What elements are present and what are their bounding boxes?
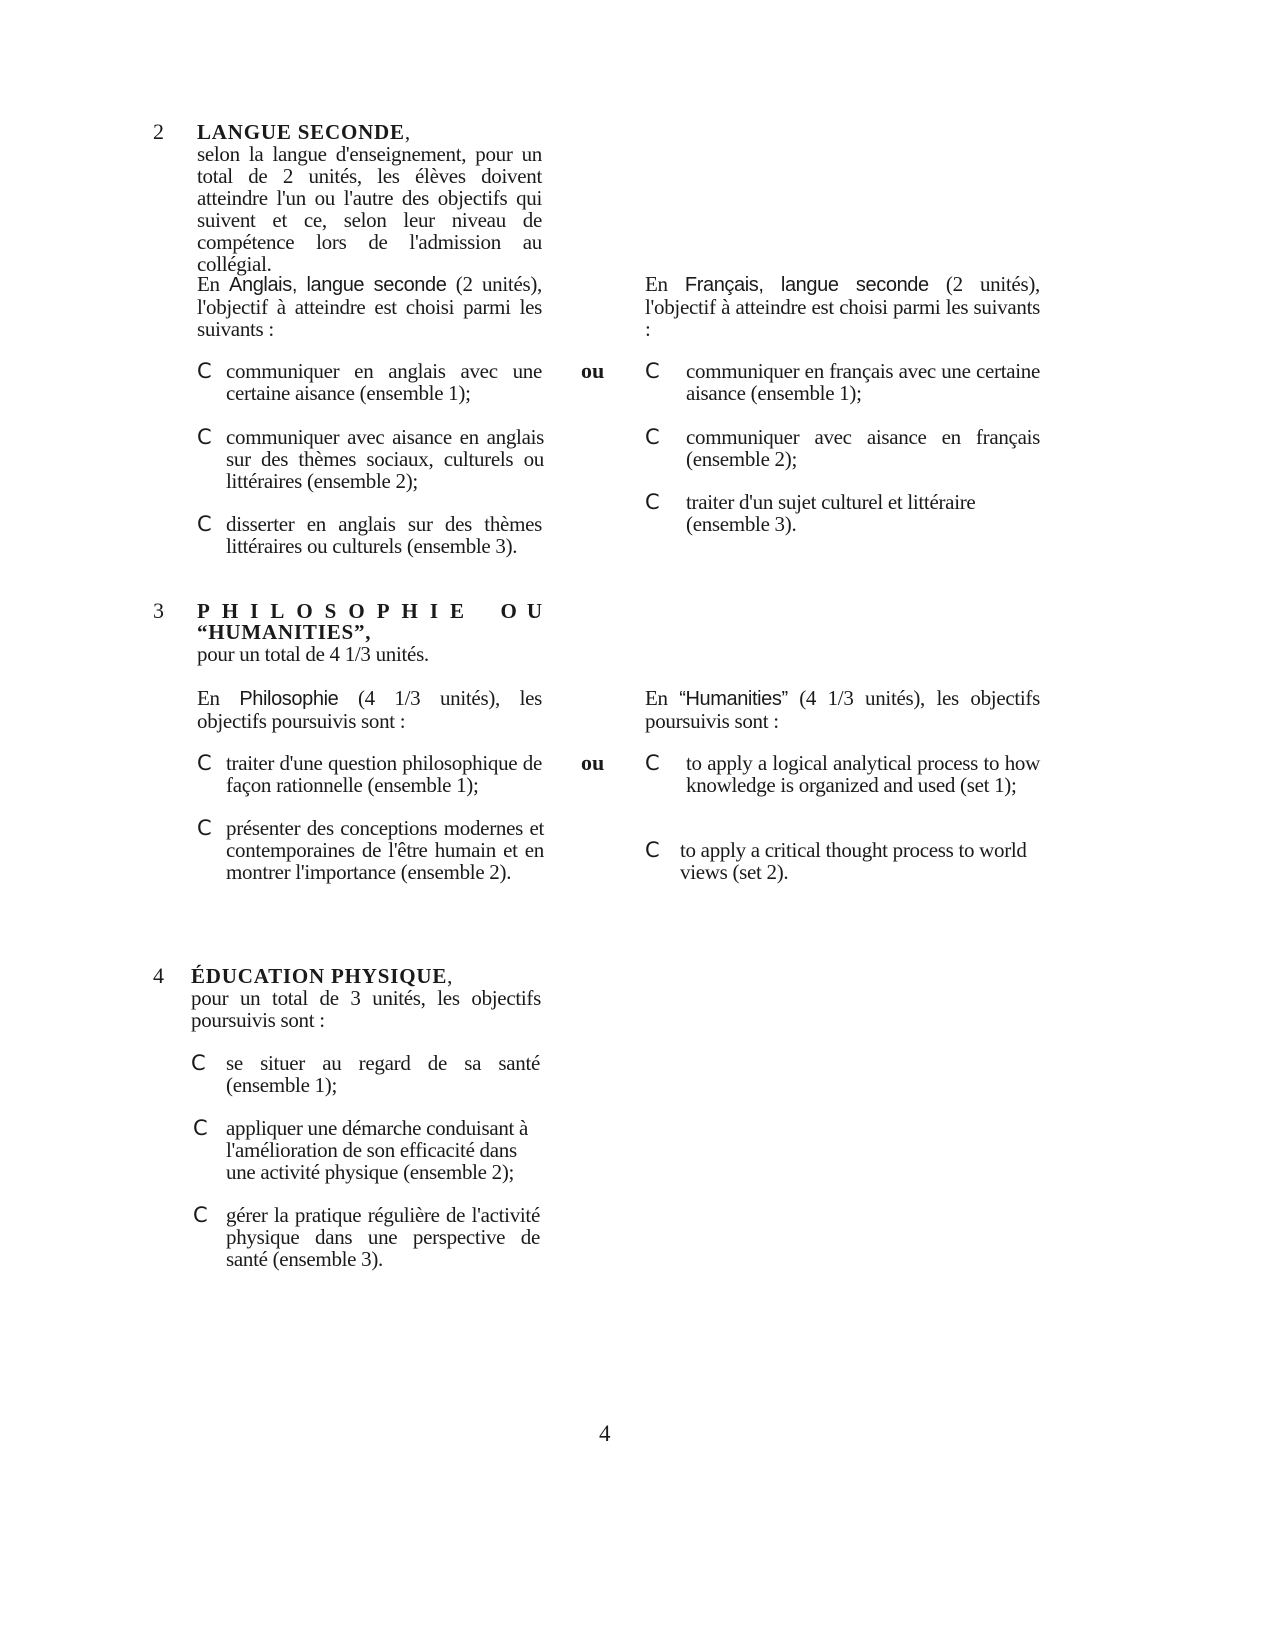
list-item: appliquer une démarche conduisant à l'am… <box>226 1117 544 1183</box>
list-item: communiquer en français avec une certain… <box>686 360 1040 404</box>
alternative-marker: ou <box>581 752 604 774</box>
bullet-icon: C <box>645 839 660 861</box>
list-item: gérer la pratique régulière de l'activit… <box>226 1204 540 1270</box>
list-item: se situer au regard de sa santé (ensembl… <box>226 1052 540 1096</box>
alternative-marker: ou <box>581 360 604 382</box>
humanities-lead: En “Humanities” (4 1/3 unités), les obje… <box>645 687 1040 732</box>
section-title-suffix: , <box>447 964 452 988</box>
bullet-icon: C <box>193 1117 208 1139</box>
anglais-lead: En Anglais, langue seconde (2 unités), l… <box>197 273 542 340</box>
bullet-icon: C <box>645 491 660 513</box>
section-number: 4 <box>153 965 164 987</box>
list-item: to apply a critical thought process to w… <box>680 839 1042 883</box>
list-item: disserter en anglais sur des thèmes litt… <box>226 513 542 557</box>
course-name: Anglais, langue seconde <box>229 274 446 296</box>
bullet-icon: C <box>645 360 660 382</box>
section-title: ÉDUCATION PHYSIQUE <box>191 964 447 988</box>
section-number: 3 <box>153 600 164 622</box>
course-name: Philosophie <box>239 688 338 710</box>
bullet-icon: C <box>193 1204 208 1226</box>
bullet-icon: C <box>645 752 660 774</box>
section-title-line2: “HUMANITIES”, <box>197 621 371 643</box>
list-item: traiter d'une question philosophique de … <box>226 752 542 796</box>
section-heading: LANGUE SECONDE, <box>197 121 410 144</box>
section-intro: pour un total de 3 unités, les objectifs… <box>191 987 541 1031</box>
section-intro: pour un total de 4 1/3 unités. <box>197 643 542 665</box>
section-title: LANGUE SECONDE <box>197 120 405 144</box>
bullet-icon: C <box>197 513 212 535</box>
bullet-icon: C <box>645 426 660 448</box>
section-title-suffix: , <box>405 120 410 144</box>
section-title: PHILOSOPHIE OU <box>197 600 542 622</box>
course-name: “Humanities” <box>679 688 788 710</box>
bullet-icon: C <box>197 817 212 839</box>
list-item: communiquer avec aisance en français (en… <box>686 426 1040 470</box>
list-item: présenter des conceptions modernes et co… <box>226 817 544 883</box>
list-item: to apply a logical analytical process to… <box>686 752 1040 796</box>
list-item: communiquer en anglais avec une certaine… <box>226 360 542 404</box>
page-number: 4 <box>599 1422 611 1446</box>
list-item: traiter d'un sujet culturel et littérair… <box>686 491 1006 535</box>
section-heading: ÉDUCATION PHYSIQUE, <box>191 965 452 988</box>
section-intro: selon la langue d'enseignement, pour un … <box>197 143 542 275</box>
bullet-icon: C <box>197 752 212 774</box>
bullet-icon: C <box>191 1052 206 1074</box>
bullet-icon: C <box>197 360 212 382</box>
section-number: 2 <box>153 121 164 143</box>
course-name: Français, langue seconde <box>685 274 929 296</box>
bullet-icon: C <box>197 426 212 448</box>
francais-lead: En Français, langue seconde (2 unités), … <box>645 273 1040 340</box>
philosophie-lead: En Philosophie (4 1/3 unités), les objec… <box>197 687 542 732</box>
list-item: communiquer avec aisance en anglais sur … <box>226 426 544 492</box>
